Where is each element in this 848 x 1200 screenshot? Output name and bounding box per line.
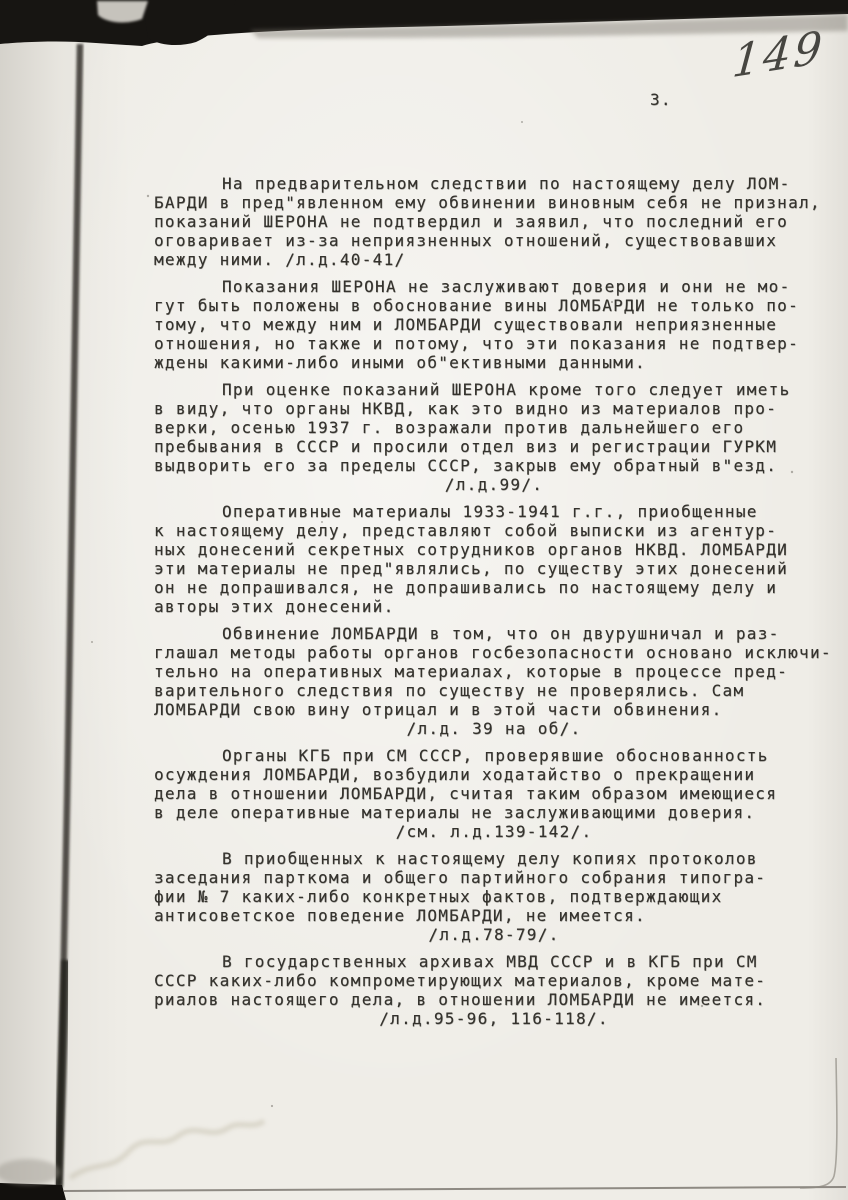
top-scan-edge (0, 0, 848, 46)
text-line: ждены какими-либо иными об"ективными дан… (154, 353, 848, 372)
text-line: выдворить его за пределы СССР, закрыв ем… (154, 456, 848, 475)
citation-line: /л.д. 39 на об/. (154, 719, 834, 738)
page-fold-line (59, 44, 80, 1186)
text-line: отношения, но также и потому, что эти по… (154, 334, 848, 353)
paragraph: В государственных архивах МВД СССР и в К… (154, 952, 848, 1028)
citation-line: /л.д.95-96, 116-118/. (154, 1009, 834, 1028)
scanned-document-page: 149 3. На предварительном следствии по н… (0, 0, 848, 1200)
citation-line: /см. л.д.139-142/. (154, 822, 834, 841)
paragraph: Оперативные материалы 1933-1941 г.г., пр… (154, 502, 848, 616)
text-line: эти материалы не пред"являлись, по сущес… (154, 559, 848, 578)
text-line: фии № 7 каких-либо конкретных фактов, по… (154, 887, 848, 906)
paragraph: При оценке показаний ШЕРОНА кроме того с… (154, 380, 848, 494)
text-line: авторы этих донесений. (154, 597, 848, 616)
text-line: СССР каких-либо компрометирующих материа… (154, 971, 848, 990)
paragraph: На предварительном следствии по настояще… (154, 174, 848, 269)
text-line: гут быть положены в обоснование вины ЛОМ… (154, 296, 848, 315)
text-line: тельно на оперативных материалах, которы… (154, 662, 848, 681)
text-line: он не допрашивался, не допрашивались по … (154, 578, 848, 597)
text-line: антисоветское поведение ЛОМБАРДИ, не име… (154, 906, 848, 925)
text-line: заседания парткома и общего партийного с… (154, 868, 848, 887)
bottom-page-edge (64, 1187, 846, 1191)
text-line: верки, осенью 1937 г. возражали против д… (154, 418, 848, 437)
bottom-right-corner-edge (800, 1058, 837, 1188)
text-line: Обвинение ЛОМБАРДИ в том, что он двурушн… (154, 624, 848, 643)
text-line: пребывания в СССР и просили отдел виз и … (154, 437, 848, 456)
text-line: варительного следствия по существу не пр… (154, 681, 848, 700)
text-line: БАРДИ в пред"явленном ему обвинении вино… (154, 193, 848, 212)
text-line: осуждения ЛОМБАРДИ, возбудили ходатайств… (154, 765, 848, 784)
text-line: дела в отношении ЛОМБАРДИ, считая таким … (154, 784, 848, 803)
text-line: глашал методы работы органов госбезопасн… (154, 643, 848, 662)
document-body: На предварительном следствии по настояще… (154, 174, 848, 1036)
text-line: Показания ШЕРОНА не заслуживают доверия … (154, 277, 848, 296)
text-line: Органы КГБ при СМ СССР, проверявшие обос… (154, 746, 848, 765)
text-line: Оперативные материалы 1933-1941 г.г., пр… (154, 502, 848, 521)
citation-line: /л.д.99/. (154, 475, 834, 494)
text-line: между ними. /л.д.40-41/ (154, 250, 848, 269)
text-line: в виду, что органы НКВД, как это видно и… (154, 399, 848, 418)
paragraph: Органы КГБ при СМ СССР, проверявшие обос… (154, 746, 848, 841)
top-left-clip-shadow (142, 0, 236, 45)
text-line: риалов настоящего дела, в отношении ЛОМБ… (154, 990, 848, 1009)
text-line: показаний ШЕРОНА не подтвердил и заявил,… (154, 212, 848, 231)
paragraph: Показания ШЕРОНА не заслуживают доверия … (154, 277, 848, 372)
paragraph: Обвинение ЛОМБАРДИ в том, что он двурушн… (154, 624, 848, 738)
text-line: в деле оперативные материалы не заслужив… (154, 803, 848, 822)
text-line: В приобщенных к настоящему делу копиях п… (154, 849, 848, 868)
citation-line: /л.д.78-79/. (154, 925, 834, 944)
text-line: ЛОМБАРДИ свою вину отрицал и в этой част… (154, 700, 848, 719)
text-line: оговаривает из-за неприязненных отношени… (154, 231, 848, 250)
ink-bleed-through (70, 1121, 264, 1178)
folio-number-handwritten: 149 (730, 21, 826, 88)
page-number: 3. (650, 90, 672, 109)
scanner-dark-corner (0, 1183, 66, 1200)
text-line: тому, что между ним и ЛОМБАРДИ существов… (154, 315, 848, 334)
text-line: На предварительном следствии по настояще… (154, 174, 848, 193)
paragraph: В приобщенных к настоящему делу копиях п… (154, 849, 848, 944)
text-line: ных донесений секретных сотрудников орга… (154, 540, 848, 559)
text-line: При оценке показаний ШЕРОНА кроме того с… (154, 380, 848, 399)
text-line: В государственных архивах МВД СССР и в К… (154, 952, 848, 971)
text-line: к настоящему делу, представляют собой вы… (154, 521, 848, 540)
